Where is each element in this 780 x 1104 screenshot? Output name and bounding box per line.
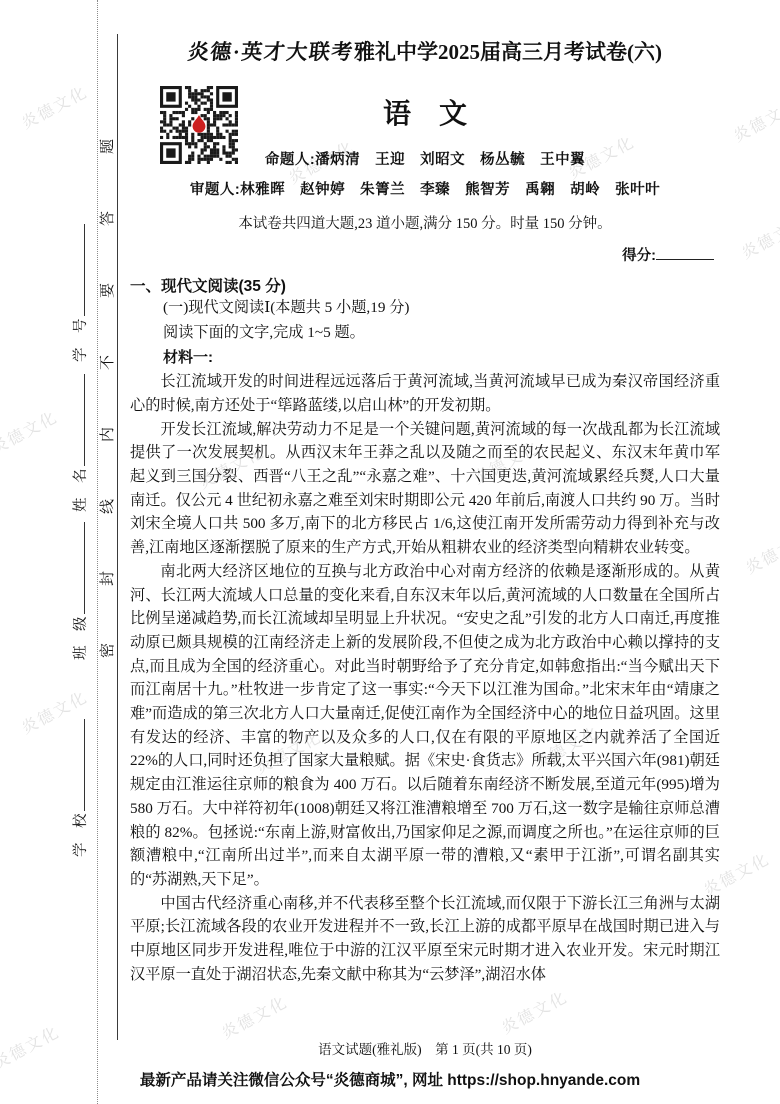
exam-instructions: 本试卷共四道大题,23 道小题,满分 150 分。时量 150 分钟。	[130, 212, 720, 233]
watermark-text: 炎德文化	[0, 404, 61, 458]
page-footer: 语文试题(雅礼版) 第 1 页(共 10 页)	[130, 1038, 720, 1058]
student-number-label: 学 号	[73, 319, 89, 363]
student-name-blank	[72, 375, 85, 467]
exam-paper-page: 炎德文化炎德文化炎德文化炎德文化炎德文化炎德文化炎德文化炎德文化炎德文化炎德文化…	[0, 0, 780, 1104]
school-blank	[72, 720, 85, 812]
student-name-field: 姓 名	[69, 362, 89, 512]
exam-title-text: 雅礼中学2025届高三月考试卷(六)	[354, 40, 662, 64]
section-heading: 一、现代文阅读(35 分)	[130, 274, 720, 296]
reading-instruction: 阅读下面的文字,完成 1~5 题。	[130, 321, 720, 346]
student-number-field: 学 号	[69, 212, 89, 362]
watermark-text: 炎德文化	[741, 524, 780, 578]
class-field: 班 级	[69, 510, 89, 660]
material-paragraph: 长江流域开发的时间进程远远落后于黄河流域,当黄河流域早已成为秦汉帝国经济重心的时…	[130, 370, 720, 417]
brand-logo-text: 炎德·英才大联考	[186, 36, 355, 66]
material-label: 材料一:	[130, 346, 720, 367]
exam-title: 炎德·英才大联考雅礼中学2025届高三月考试卷(六)	[130, 36, 720, 66]
material-paragraph: 中国古代经济重心南移,并不代表移至整个长江流域,而仅限于下游长江三角洲与太湖平原…	[130, 892, 720, 987]
material-paragraph: 开发长江流域,解决劳动力不足是一个关键问题,黄河流域的每一次战乱都为长江流域提供…	[130, 418, 720, 560]
subsection-heading: (一)现代文阅读Ⅰ(本题共 5 小题,19 分)	[130, 296, 720, 321]
material-body: 长江流域开发的时间进程远远落后于黄河流域,当黄河流域早已成为秦汉帝国经济重心的时…	[130, 370, 720, 1038]
school-field: 学 校	[69, 707, 89, 857]
class-blank	[72, 523, 85, 615]
student-name-label: 姓 名	[73, 469, 89, 513]
watermark-text: 炎德文化	[0, 1019, 63, 1073]
seal-line-text: 密 封 线 内 不 要 答 题	[96, 373, 116, 658]
watermark-text: 炎德文化	[729, 92, 780, 146]
setters-line: 命题人:潘炳清 王迎 刘昭文 杨丛毓 王中翼	[130, 148, 720, 169]
subject-title: 语 文	[130, 92, 720, 132]
watermark-text: 炎德文化	[737, 209, 780, 263]
school-label: 学 校	[73, 814, 89, 858]
class-label: 班 级	[73, 617, 89, 661]
score-blank	[656, 245, 714, 260]
promo-footer: 最新产品请关注微信公众号“炎德商城”, 网址 https://shop.hnya…	[0, 1068, 780, 1090]
score-row: 得分:	[130, 244, 720, 265]
seal-solid-line	[117, 34, 118, 1040]
material-paragraph: 南北两大经济区地位的互换与北方政治中心对南方经济的依赖是逐渐形成的。从黄河、长江…	[130, 560, 720, 892]
watermark-text: 炎德文化	[17, 79, 91, 133]
reviewers-line: 审题人:林雅晖 赵钟婷 朱箐兰 李臻 熊智芳 禹翱 胡岭 张叶叶	[130, 178, 720, 199]
student-number-blank	[72, 225, 85, 317]
content-column: 炎德·英才大联考雅礼中学2025届高三月考试卷(六) 语 文 命题人:潘炳清 王…	[130, 36, 720, 1038]
score-label: 得分:	[622, 248, 656, 264]
